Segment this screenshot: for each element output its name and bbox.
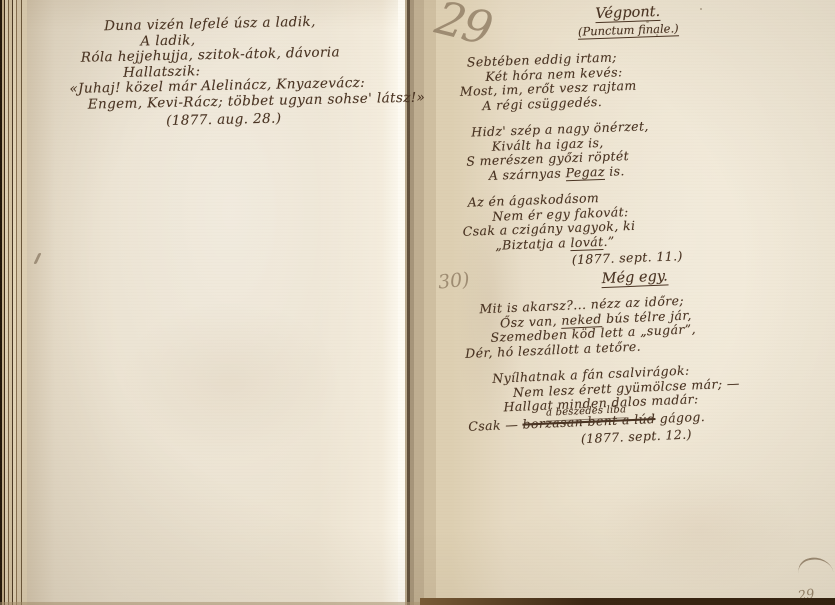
underlined-word: Pegaz [565, 163, 605, 180]
line-segment: is. [605, 163, 625, 179]
manuscript-book-scan: Duna vizén lefelé úsz a ladik, A ladik, … [0, 0, 835, 605]
left-page-poem: Duna vizén lefelé úsz a ladik, A ladik, … [68, 13, 426, 132]
stacked-page-edges [0, 0, 27, 605]
poem-30-stanza-2: Nyílhatnak a fán csalvirágok: Nem lesz é… [466, 358, 813, 433]
poem-29-subtitle: (Punctum finale.) [578, 21, 679, 40]
ink-dot [646, 20, 649, 23]
ink-dot [656, 34, 658, 36]
line-segment: A szárnyas [489, 165, 566, 183]
poem-30-title: Még egy. [601, 268, 668, 288]
poem-30: Még egy. Mit is akarsz?... nézz az időre… [462, 262, 814, 452]
poem-29: Végpont. (Punctum finale.) Sebtében eddi… [455, 0, 809, 271]
poem-30-stanza-1: Mit is akarsz?... nézz az időre; Ősz van… [463, 289, 810, 361]
ink-dot [700, 8, 702, 10]
line-segment: „Biztatja a [495, 235, 571, 253]
paper-stain [120, 300, 340, 460]
paper-stain [600, 470, 800, 590]
line-segment: Csak — [468, 416, 523, 433]
underlined-word: lovát [570, 233, 604, 250]
line-segment: .” [603, 233, 615, 248]
poem-29-stanza-2: Hidz' szép a nagy önérzet, Kivált ha iga… [459, 114, 806, 184]
scan-bottom-edge-right [420, 598, 835, 605]
poem-29-stanza-1: Sebtében eddig irtam; Két hóra nem kevés… [457, 44, 804, 114]
poem-29-title: Végpont. [595, 4, 660, 23]
line-segment: gágog. [655, 408, 705, 425]
poem-29-stanza-3: Az én ágaskodásom Nem ér egy fakovát: Cs… [461, 184, 808, 254]
